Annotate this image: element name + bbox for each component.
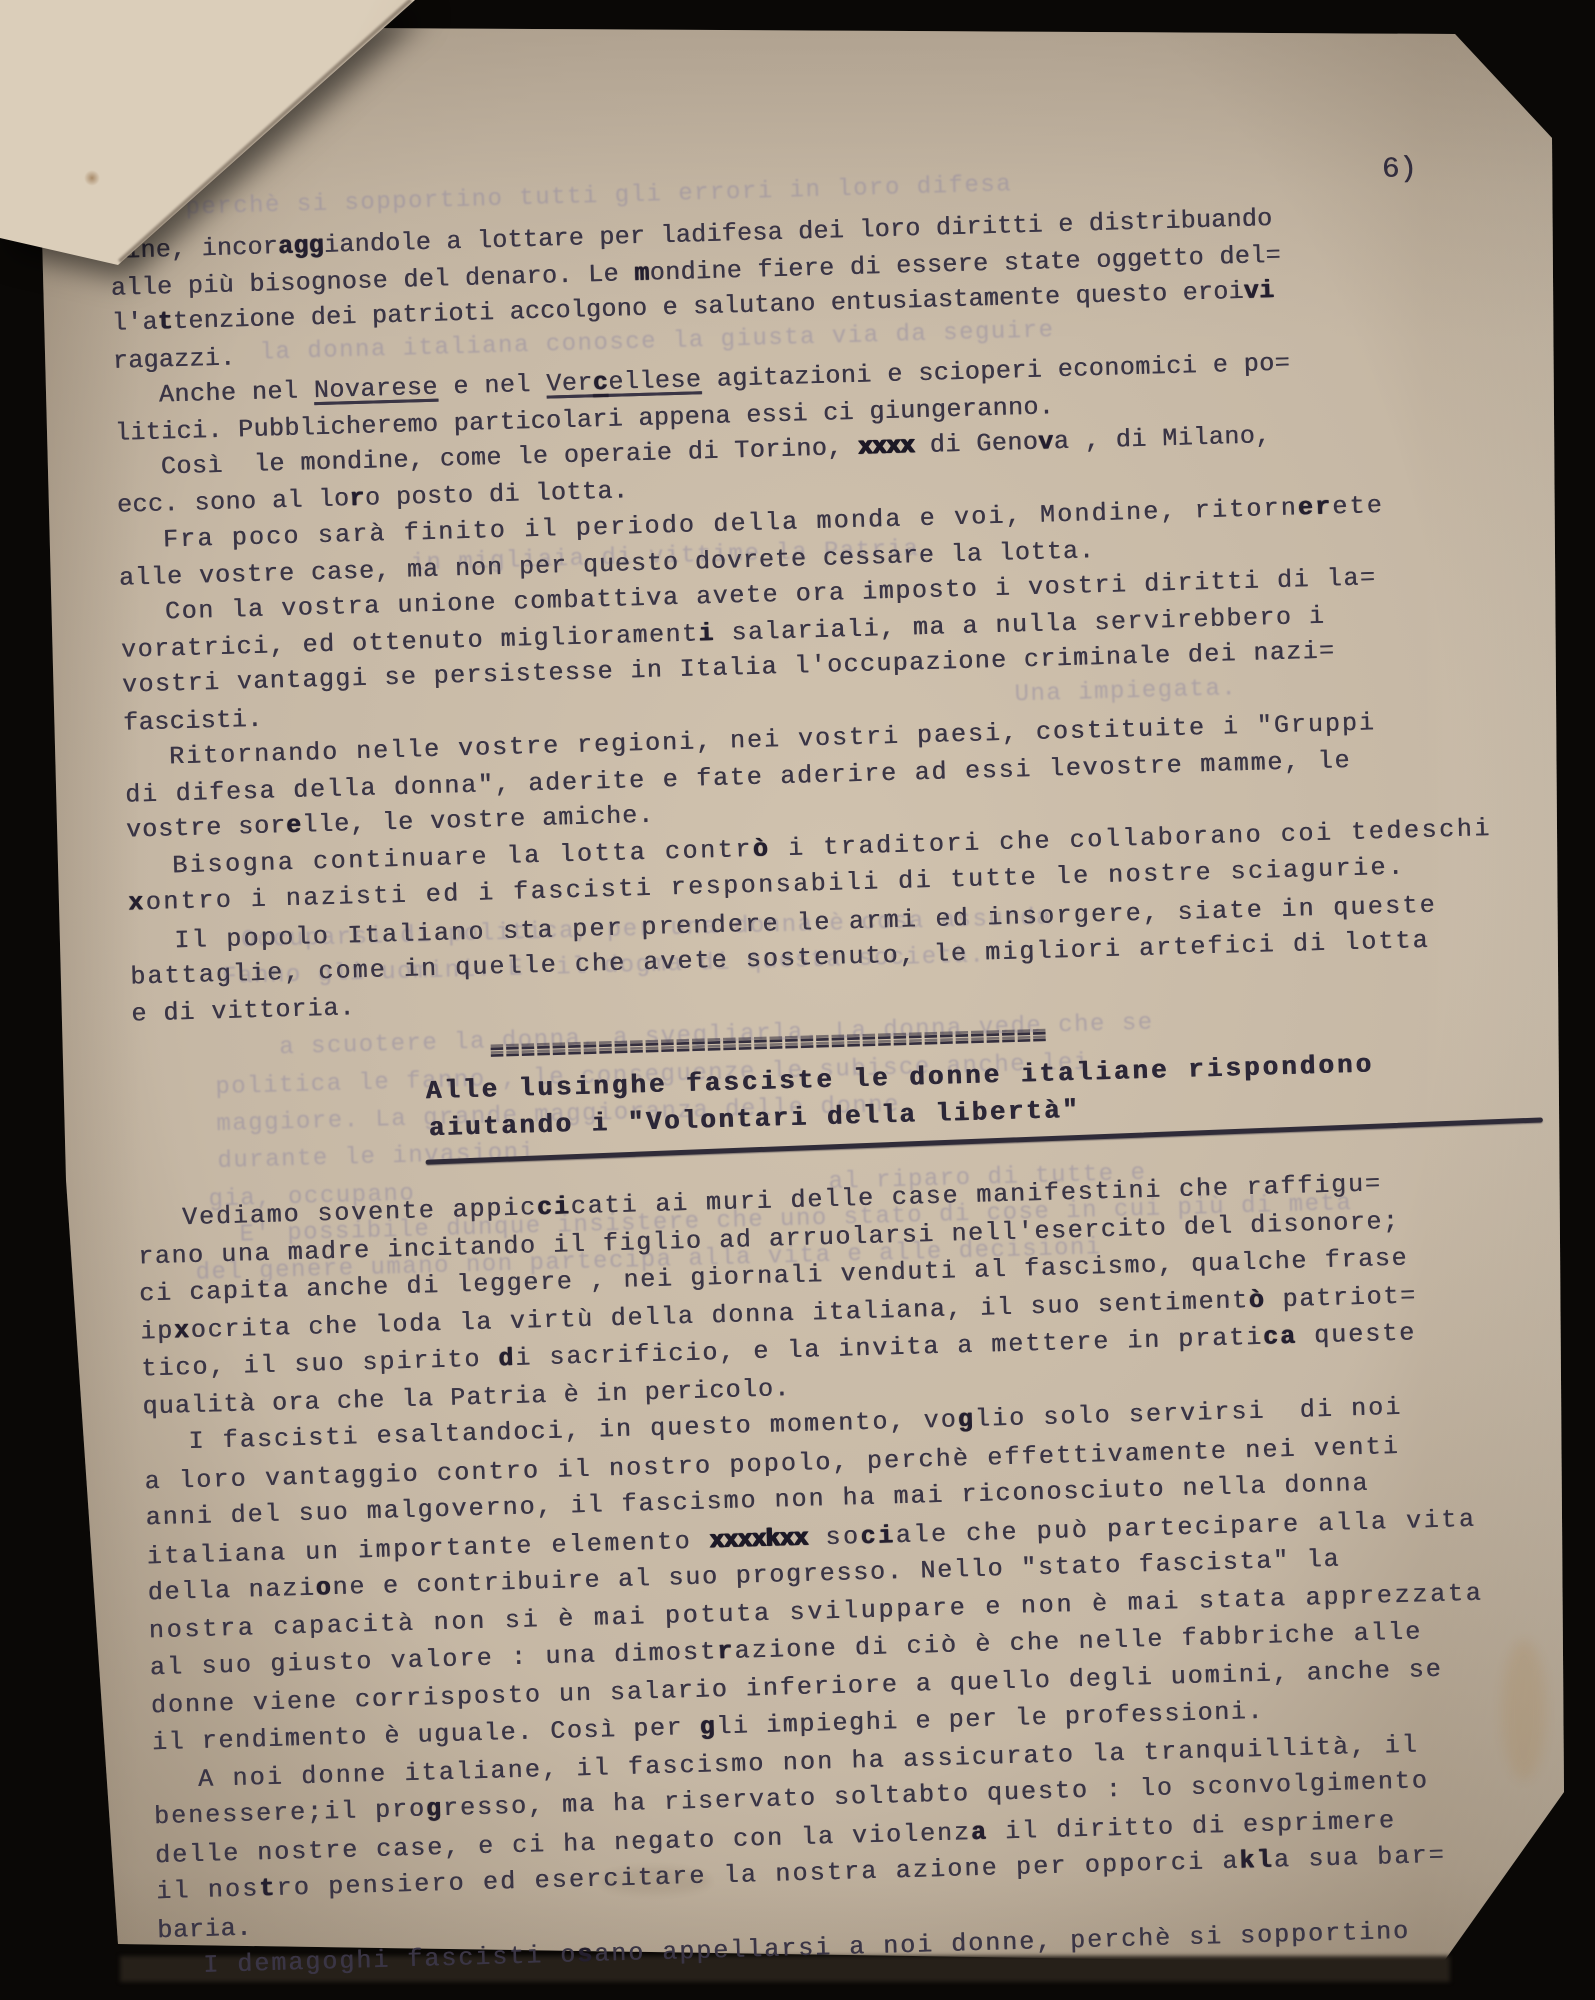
typed-overstrike: a [971, 1818, 989, 1847]
typed-overstrike: r [349, 484, 365, 513]
typed-overstrike: m [634, 259, 650, 288]
typed-overstrike: er [1297, 492, 1332, 522]
typed-overstrike: g [426, 1794, 444, 1823]
typed-overstrike: i [698, 619, 715, 648]
typed-text: il nos [156, 1875, 260, 1907]
stain-dot [84, 170, 100, 186]
typed-overstrike: d [498, 1343, 516, 1372]
typed-line: vostre sorelle, le vostre amiche. [126, 803, 655, 843]
folded-corner-wrap: o nuo go el sffiviil wogo gr gells gis w… [0, 0, 520, 360]
typed-overstrike: r [717, 1637, 735, 1666]
folded-corner-text: o nuo go el sffiviil wogo gr gells gis w… [0, 0, 488, 400]
typed-text: a , di Milano, [1053, 421, 1271, 456]
typed-text: e di vittoria. [131, 993, 356, 1028]
typed-text: ale che può partecipare alla vita [895, 1504, 1476, 1549]
typed-text: Anche nel [158, 376, 314, 409]
typed-overstrike: ò [1248, 1286, 1266, 1315]
typed-text: patriot= [1265, 1282, 1417, 1315]
typed-text: il diritto di esprimere [988, 1806, 1397, 1847]
typed-overstrike: Novarese [313, 372, 438, 404]
typed-text: lle, le vostre amiche. [302, 801, 655, 840]
typed-text: baria. [157, 1913, 253, 1945]
rotated-content: perchè si sopportino tutti gli errori in… [70, 148, 1591, 1999]
typed-overstrike: x [128, 888, 146, 917]
typed-text: lio solo servirsi di noi [974, 1393, 1402, 1434]
typed-overstrike: t [259, 1874, 277, 1903]
typed-text: li impieghi e per le professioni. [716, 1696, 1264, 1740]
bleedthrough-line: Una impiegata. [1014, 675, 1237, 708]
typed-overstrike: ò [752, 835, 770, 864]
typed-line: e di vittoria. [131, 995, 356, 1026]
typed-line: fascisti. [123, 706, 263, 735]
typed-overstrike: xxxx [858, 431, 915, 462]
typed-overstrike: g [957, 1405, 975, 1434]
typed-overstrike: o [315, 1573, 333, 1602]
typed-overstrike: ci [860, 1521, 896, 1551]
page-number: 6) [1381, 152, 1417, 186]
typed-text: al suo giusto valore : una dimost [149, 1637, 717, 1682]
typed-overstrike: vi [1243, 276, 1274, 306]
typed-overstrike: kl [1239, 1846, 1274, 1876]
typed-text: benessere;il pro [154, 1795, 427, 1832]
photo-backdrop: perchè si sopportino tutti gli errori in… [0, 0, 1595, 2000]
typed-overstrike: ci [537, 1192, 572, 1222]
typed-overstrike: x [174, 1316, 192, 1345]
typed-text: ip [140, 1317, 174, 1347]
typed-text: o posto di lotta. [364, 477, 628, 513]
typed-text: di Geno [914, 428, 1039, 460]
typed-text: il rendimento è uguale. Così per [152, 1712, 700, 1756]
typed-overstrike: s [577, 1940, 595, 1969]
typed-line: ecc. sono al loro posto di lotta. [117, 479, 629, 518]
typed-text: I demagoghi fascisti o [203, 1940, 578, 1980]
typed-text: so [807, 1522, 861, 1552]
typed-text: queste [1297, 1318, 1417, 1350]
typed-overstrike: ellese [608, 365, 702, 397]
typed-overstrike: v [1038, 427, 1054, 456]
typed-overstrike: g [699, 1712, 716, 1741]
typed-text: e nel [437, 369, 546, 401]
typed-line: baria. [157, 1915, 252, 1943]
typed-overstrike: Ver [546, 368, 593, 398]
typed-text: della nazi [147, 1574, 316, 1608]
folded-corner: o nuo go el sffiviil wogo gr gells gis w… [0, 0, 520, 360]
typed-text: ete [1332, 491, 1384, 521]
typed-text: tico, il suo spirito [141, 1344, 499, 1383]
typed-overstrike: e [286, 811, 303, 840]
typed-text: agitazioni e scioperi economici e po= [701, 348, 1291, 394]
typed-text: ecc. sono al lo [117, 485, 350, 521]
typed-overstrike: c [592, 368, 608, 397]
typed-overstrike: ca [1263, 1321, 1298, 1351]
typed-text: fascisti. [123, 704, 263, 737]
typed-text: a sua bar= [1273, 1841, 1446, 1875]
typed-overstrike: xxxxkxx [709, 1523, 808, 1555]
typed-text: vostre sor [126, 811, 287, 845]
typed-text: ano appellarsi a noi donne, perchè si so… [594, 1917, 1411, 1969]
